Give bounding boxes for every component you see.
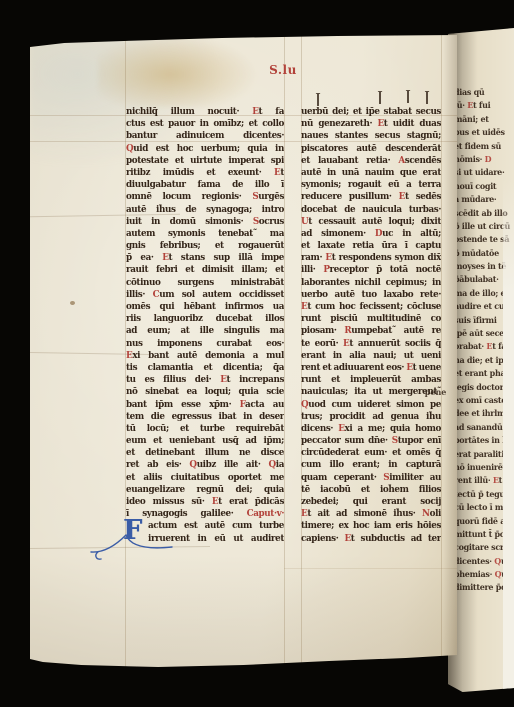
text-line: timere; ex hoc iam eris hōies — [301, 520, 441, 532]
ascender-flourish — [426, 91, 428, 104]
text-line: riis languoribz ducebat illos — [126, 313, 284, 325]
text-line: naues stantes secus stagnū; — [301, 130, 441, 142]
text-line: tū locū; et turbe requirebāt — [126, 423, 284, 435]
text-line: et fidem sū — [454, 140, 512, 153]
text-line: Et ait ad simonē ih̄us· Noli — [301, 508, 441, 520]
text-line: ad eum; at ille singulis ma — [126, 325, 284, 337]
text-line: diuulgabatur fama de illo ī — [126, 179, 284, 191]
text-line: piosam· Rumpebat˜ autē re — [301, 325, 441, 337]
text-line: tis clamantia et dicentia; q̄a — [126, 362, 284, 374]
ascender-flourish — [317, 93, 319, 106]
text-line: erant in alia naui; ut ueni — [301, 350, 441, 362]
text-line: Ut cessauit autē loqui; dixit — [301, 216, 441, 228]
text-line: rauit febri et dimisit illam; et — [126, 264, 284, 276]
text-line: Quid est hoc uerbum; quia in — [126, 143, 284, 155]
text-line: hōmis· D — [454, 153, 512, 166]
text-line: actum est autē cum turbe — [126, 520, 284, 532]
text-line: cōtinuo surgens ministrabāt — [126, 277, 284, 289]
text-line: uerbū dei; et ip̄e stabat secus stag — [301, 106, 441, 118]
text-line: bantur adinuicem dicentes· — [126, 130, 284, 142]
text-line: lū· Et fui — [454, 99, 512, 112]
text-line: uerbo autē tuo laxabo rete· — [301, 289, 441, 301]
text-line: autē in unā nauim que erat — [301, 167, 441, 179]
text-line: circūdederat eum· et omēs q̄ — [301, 447, 441, 459]
text-line: et lauabant retia· Ascendēs — [301, 155, 441, 167]
text-line: autem symonis tenebat˜ ma — [126, 228, 284, 240]
text-line: Quod cum uideret simon pe — [301, 399, 441, 411]
text-line: nus imponens curabat eos· — [126, 338, 284, 350]
running-title: S.lu — [248, 63, 318, 77]
text-line: laborantes nichil cepimus; in — [301, 277, 441, 289]
text-line: Et cum hoc fecissent; cōcluse — [301, 301, 441, 313]
text-line: ret ab eis· Quibz ille ait· Qia — [126, 459, 284, 471]
text-line: potestate et uirtute imperat spi — [126, 155, 284, 167]
text-line: et laxate retia ūra ī captu — [301, 240, 441, 252]
text-line: māni; et — [454, 113, 512, 126]
text-line: ad simonem· Duc in altū; — [301, 228, 441, 240]
text-line: ritibz imūdis et exeunt· Et — [126, 167, 284, 179]
text-line: tē iacobū et ioh̄em filios — [301, 484, 441, 496]
ruling-line-vertical — [284, 35, 285, 669]
text-line: bant ip̄m esse xp̄m· Facta au — [126, 399, 284, 411]
text-line: tu es filius dei· Et increpans — [126, 374, 284, 386]
text-line: et aliis ciuitatibus oportet me — [126, 472, 284, 484]
text-line: ram· Et respondens symon dix̄ — [301, 252, 441, 264]
text-line: eum et ueniebant usq̄ ad ip̄m; — [126, 435, 284, 447]
text-line: omnē locum regionis· Surgēs — [126, 191, 284, 203]
text-line: Exi bant autē demonia a mul — [126, 350, 284, 362]
parchment-stain — [98, 35, 258, 107]
text-line: p̄ ea· Et stans sup illā impe — [126, 252, 284, 264]
text-line: ī synagogis galilee· Caput·v· — [126, 508, 284, 520]
text-line: te eorū· Et annuerūt sociis q̄ — [301, 338, 441, 350]
text-line: gnis febribus; et rogauerūt — [126, 240, 284, 252]
text-line: cum illo erant; in capturā pisciū — [301, 459, 441, 471]
ascender-flourish — [407, 90, 409, 103]
text-line: trus; procidit ad genua ih̄u — [301, 411, 441, 423]
next-page-edge: dias qūlū· Et fuimāni; etbus et uidēset … — [448, 28, 514, 694]
manuscript-photo: dias qūlū· Et fuimāni; etbus et uidēset … — [0, 0, 514, 707]
text-line: illi· Preceptor p̄ totā noctē — [301, 264, 441, 276]
text-line: rent et adiuuarent eos· Et uene — [301, 362, 441, 374]
text-line: dicens· Exi a me; quia homo — [301, 423, 441, 435]
text-line: reducere pusillum· Et sedēs — [301, 191, 441, 203]
text-line: autē ih̄us de synagoga; intro — [126, 204, 284, 216]
ruling-line-horizontal — [284, 568, 457, 569]
text-line: capiens· Et subductis ad ter — [301, 533, 441, 545]
text-line: tem die egressus ibat in deser — [126, 411, 284, 423]
ruling-line-vertical — [441, 35, 442, 669]
text-line: euangelizare regnū dei; quia — [126, 484, 284, 496]
text-line: nichilq̄ illum nocuit· Et fa — [126, 106, 284, 118]
text-line: dias qū — [454, 86, 512, 99]
page-fore-edge — [503, 178, 514, 694]
text-line: piscatores autē descenderāt — [301, 143, 441, 155]
text-line: iuit in domū simonis· Socrus — [126, 216, 284, 228]
parchment-spot — [70, 301, 75, 305]
text-line: nō sinebat ea loqui; quia scie — [126, 386, 284, 398]
text-line: runt pisciū multitudinē co — [301, 313, 441, 325]
text-line: symonis; rogauit eū a terra — [301, 179, 441, 191]
text-line: nauiculas; ita ut mergerent˜ — [301, 386, 441, 398]
ascender-flourish — [379, 91, 381, 104]
text-line: docebat de nauicula turbas· — [301, 204, 441, 216]
text-line: quam ceperant· Similiter au — [301, 472, 441, 484]
text-line: nū genezareth· Et uidit duas — [301, 118, 441, 130]
initial-flourish-icon — [88, 533, 178, 567]
text-line: omēs qui hēbant infirmos ua — [126, 301, 284, 313]
text-line: bus et uidēs — [454, 126, 512, 139]
text-line: ctus est pauor in omībz; et collo — [126, 118, 284, 130]
page-leaf: S.lu nichilq̄ illum nocuit· Et factus es… — [30, 35, 457, 669]
text-line: zebedei; qui erant socij symonis — [301, 496, 441, 508]
text-column-left: nichilq̄ illum nocuit· Et factus est pau… — [126, 106, 284, 545]
text-line: ideo missus sū· Et erat p̄dicās — [126, 496, 284, 508]
text-line: et detinebant illum ne disce — [126, 447, 284, 459]
text-column-right: uerbū dei; et ip̄e stabat secus stagnū g… — [301, 106, 441, 545]
page-curl-shadow — [443, 35, 457, 669]
text-line: runt et impleuerūt ambas — [301, 374, 441, 386]
text-line: illis· Cum sol autem occidisset — [126, 289, 284, 301]
text-line: peccator sum dn̄e· Stupor enī — [301, 435, 441, 447]
